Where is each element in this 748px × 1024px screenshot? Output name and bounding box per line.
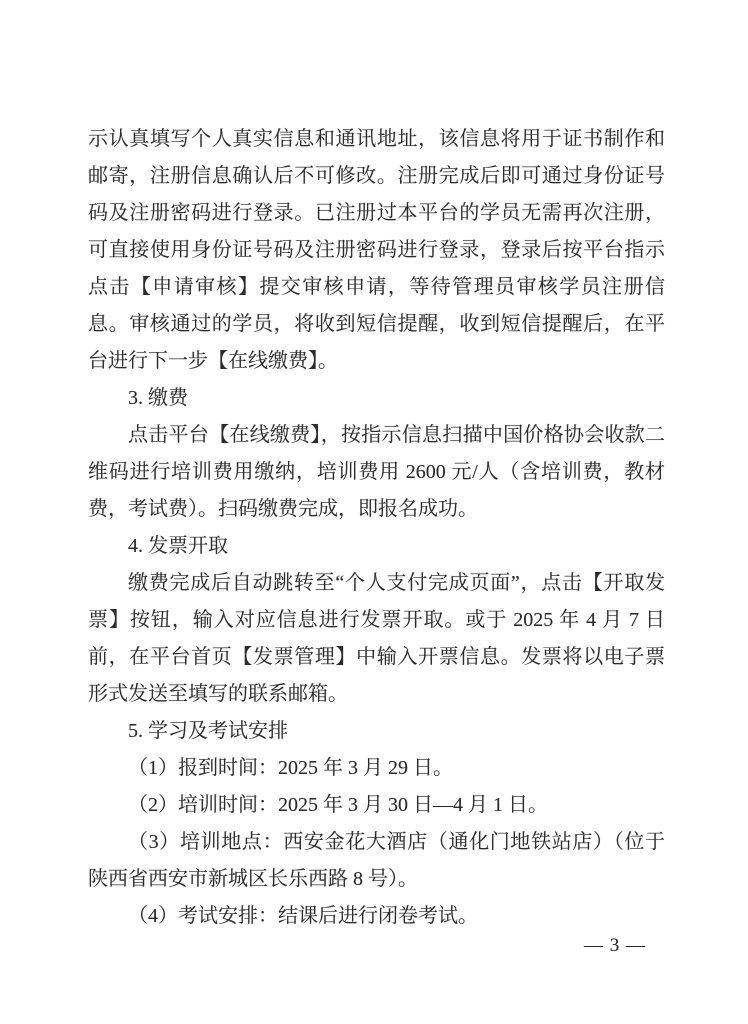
heading-section-5-study-exam-schedule: 5. 学习及考试安排: [88, 713, 665, 750]
paragraph-invoice-instructions: 缴费完成后自动跳转至“个人支付完成页面”，点击【开取发票】按钮，输入对应信息进行…: [88, 565, 665, 713]
list-item-training-time: （2）培训时间：2025 年 3 月 30 日—4 月 1 日。: [88, 787, 665, 824]
paragraph-payment-instructions: 点击平台【在线缴费】，按指示信息扫描中国价格协会收款二维码进行培训费用缴纳，培训…: [88, 417, 665, 528]
heading-section-4-invoice: 4. 发票开取: [88, 528, 665, 565]
list-item-training-location: （3）培训地点：西安金花大酒店（通化门地铁站店）（位于陕西省西安市新城区长乐西路…: [88, 824, 665, 898]
heading-section-3-payment: 3. 缴费: [88, 380, 665, 417]
scanned-document-page: 示认真填写个人真实信息和通讯地址，该信息将用于证书制作和邮寄，注册信息确认后不可…: [0, 0, 748, 1024]
paragraph-registration-continuation: 示认真填写个人真实信息和通讯地址，该信息将用于证书制作和邮寄，注册信息确认后不可…: [88, 121, 665, 380]
page-number: — 3 —: [560, 934, 670, 958]
list-item-registration-time: （1）报到时间：2025 年 3 月 29 日。: [88, 750, 665, 787]
list-item-exam-arrangement: （4）考试安排：结课后进行闭卷考试。: [88, 898, 665, 935]
document-body: 示认真填写个人真实信息和通讯地址，该信息将用于证书制作和邮寄，注册信息确认后不可…: [88, 121, 665, 935]
